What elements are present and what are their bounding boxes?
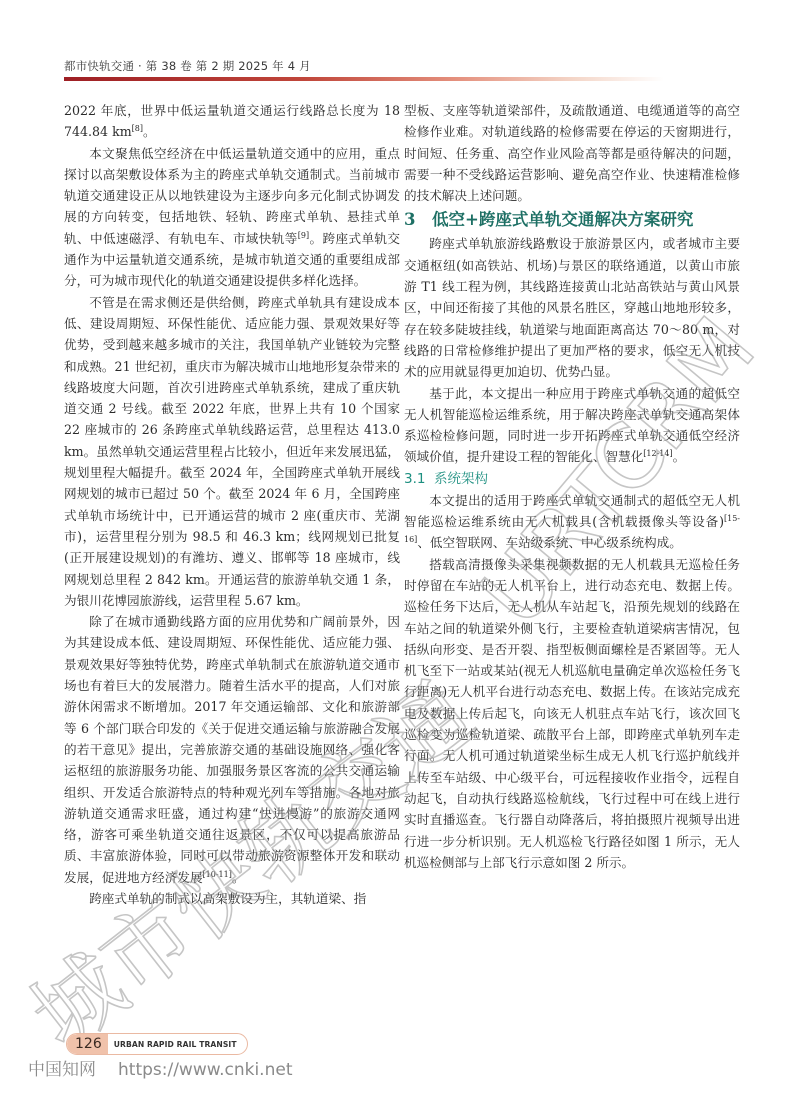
paragraph: 除了在城市通勤线路方面的应用优势和广阔前景外，因为其建设成本低、建设周期短、环保… bbox=[64, 611, 400, 888]
left-column: 2022 年底，世界中低运量轨道交通运行线路总长度为 18 744.84 km[… bbox=[64, 100, 400, 909]
cnki-watermark: 中国知网https://www.cnki.net bbox=[28, 1055, 292, 1080]
site-url[interactable]: https://www.cnki.net bbox=[118, 1060, 292, 1080]
page-number: 126 bbox=[67, 1034, 108, 1054]
running-head: 都市快轨交通 · 第 38 卷 第 2 期 2025 年 4 月 bbox=[64, 58, 311, 74]
citation[interactable]: [9] bbox=[298, 231, 309, 240]
site-name: 中国知网 bbox=[28, 1060, 96, 1080]
citation[interactable]: [8] bbox=[132, 124, 143, 133]
paragraph: 型板、支座等轨道梁部件，及疏散通道、电缆通道等的高空检修作业难。对轨道线路的检修… bbox=[404, 100, 740, 206]
citation[interactable]: [12-14] bbox=[643, 449, 672, 458]
paragraph: 本文聚焦低空经济在中低运量轨道交通中的应用，重点探讨以高架敷设体系为主的跨座式单… bbox=[64, 143, 400, 292]
journal-name: URBAN RAPID RAIL TRANSIT bbox=[108, 1040, 247, 1049]
paragraph: 跨座式单轨的制式以高架敷设为主，其轨道梁、指 bbox=[64, 888, 400, 909]
paragraph: 搭载高清摄像头采集视频数据的无人机载具无巡检任务时停留在车站的无人机平台上，进行… bbox=[404, 554, 740, 873]
page-footer-badge: 126 URBAN RAPID RAIL TRANSIT bbox=[66, 1033, 248, 1055]
paragraph: 基于此，本文提出一种应用于跨座式单轨交通的超低空无人机智能巡检运维系统，用于解决… bbox=[404, 383, 740, 468]
header-rule bbox=[64, 77, 664, 81]
paragraph: 2022 年底，世界中低运量轨道交通运行线路总长度为 18 744.84 km[… bbox=[64, 100, 400, 143]
paragraph: 本文提出的适用于跨座式单轨交通制式的超低空无人机智能巡检运维系统由无人机载具(含… bbox=[404, 490, 740, 554]
paragraph: 跨座式单轨旅游线路敷设于旅游景区内，或者城市主要交通枢纽(如高铁站、机场)与景区… bbox=[404, 233, 740, 382]
paragraph: 不管是在需求侧还是供给侧，跨座式单轨具有建设成本低、建设周期短、环保性能优、适应… bbox=[64, 292, 400, 611]
section-heading-3-1: 3.1系统架构 bbox=[404, 468, 740, 490]
citation[interactable]: [10-11] bbox=[203, 870, 232, 879]
right-column: 型板、支座等轨道梁部件，及疏散通道、电缆通道等的高空检修作业难。对轨道线路的检修… bbox=[404, 100, 740, 873]
section-heading-3: 3低空+跨座式单轨交通解决方案研究 bbox=[404, 207, 740, 233]
